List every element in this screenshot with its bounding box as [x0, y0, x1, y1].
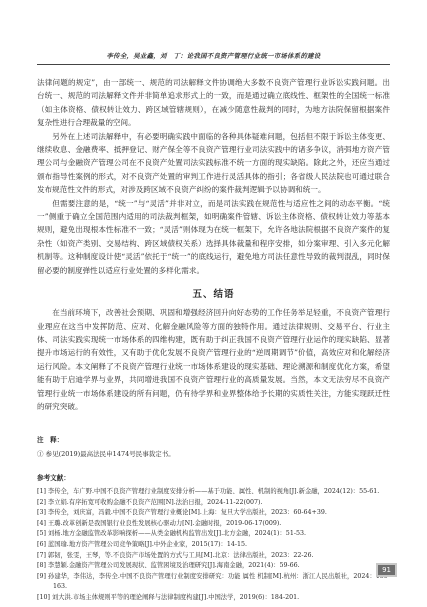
- body-paragraph-2: 另外在上述司法解释中，有必要明确实践中面临的各种具体疑难问题，包括但不限于诉讼主…: [37, 130, 390, 197]
- reference-item-10: [10] 刘大洪.市场主体规则平等的理论阐释与法律制度构建[J].中国法学，20…: [37, 593, 390, 604]
- running-head: 李传全，吴业鑫，刘 丁：论我国不良资产管理行业统一市场体系的建设: [37, 51, 390, 60]
- reference-item-3: [3] 李传全，刘庆富，冯毅.中国不良资产管理行业概论[M].上海：复旦大学出版…: [37, 508, 390, 519]
- notes-section: 注 释： ① 参见(2019)最高法民申1474号民事裁定书。: [37, 435, 390, 460]
- paper-page: 李传全，吴业鑫，刘 丁：论我国不良资产管理行业统一市场体系的建设 法律问题的规定…: [0, 0, 427, 607]
- reference-item-7: [7] 郭韧，张雯，王琴，等.不良资产市场处置的方式与工具[M].北京：法律出版…: [37, 551, 390, 562]
- conclusion-paragraph: 在当前环境下，改善社会预期、巩固和增强经济回升向好态势的工作任务举足轻重，不良资…: [37, 306, 390, 413]
- references-heading: 参考文献：: [37, 473, 390, 484]
- section-heading-conclusion: 五、结语: [37, 286, 390, 300]
- references-section: 参考文献： [1] 李传全，车广野.中国不良资产管理行业制度安排分析——基于功能…: [37, 473, 390, 603]
- page-number-badge-frame: 91: [376, 563, 397, 577]
- body-paragraph-1: 法律问题的规定”，由一部统一、规范的司法解释文件协调绝大多数不良资产管理行业诉讼…: [37, 76, 390, 130]
- reference-item-6: [6] 蓝国瑜.地方资产管理公司竞争策略[J].中外企业家，2015(17)：1…: [37, 540, 390, 551]
- notes-heading: 注 释：: [37, 435, 390, 446]
- reference-item-1: [1] 李传全，车广野.中国不良资产管理行业制度安排分析——基于功能、属性、机制…: [37, 487, 390, 498]
- reference-item-5: [5] 刘杨.地方金融监管改革影响探析——从类金融机构监管出发[J].北方金融，…: [37, 529, 390, 540]
- reference-item-8: [8] 李慧颖.金融资产管理公司发展现状、监管困境及治理研究[J].海南金融，2…: [37, 561, 390, 572]
- conclusion-block: 在当前环境下，改善社会预期、巩固和增强经济回升向好态势的工作任务举足轻重，不良资…: [37, 306, 390, 413]
- note-item-1: ① 参见(2019)最高法民申1474号民事裁定书。: [37, 449, 390, 460]
- page-number-badge: 91: [378, 565, 395, 575]
- header-rule: [37, 64, 390, 65]
- body-text: 法律问题的规定”，由一部统一、规范的司法解释文件协调绝大多数不良资产管理行业诉讼…: [37, 76, 390, 277]
- reference-item-9: [9] 孙建华，李伟达，李传全.中国不良资产管理行业制度安排研究：功能 属性 机…: [37, 572, 390, 593]
- reference-item-2: [2] 李立娟.有序拓宽可收购金融不良资产范围[N].法治日报，2024-11-…: [37, 498, 390, 509]
- reference-item-4: [4] 王璐.改革创新是我国银行业良性发展核心驱动力[N].金融时报，2019-…: [37, 519, 390, 530]
- body-paragraph-3: 但需要注意的是，“统一”与“灵活”并非对立，而是司法实践在规范性与适应性之间的动…: [37, 197, 390, 277]
